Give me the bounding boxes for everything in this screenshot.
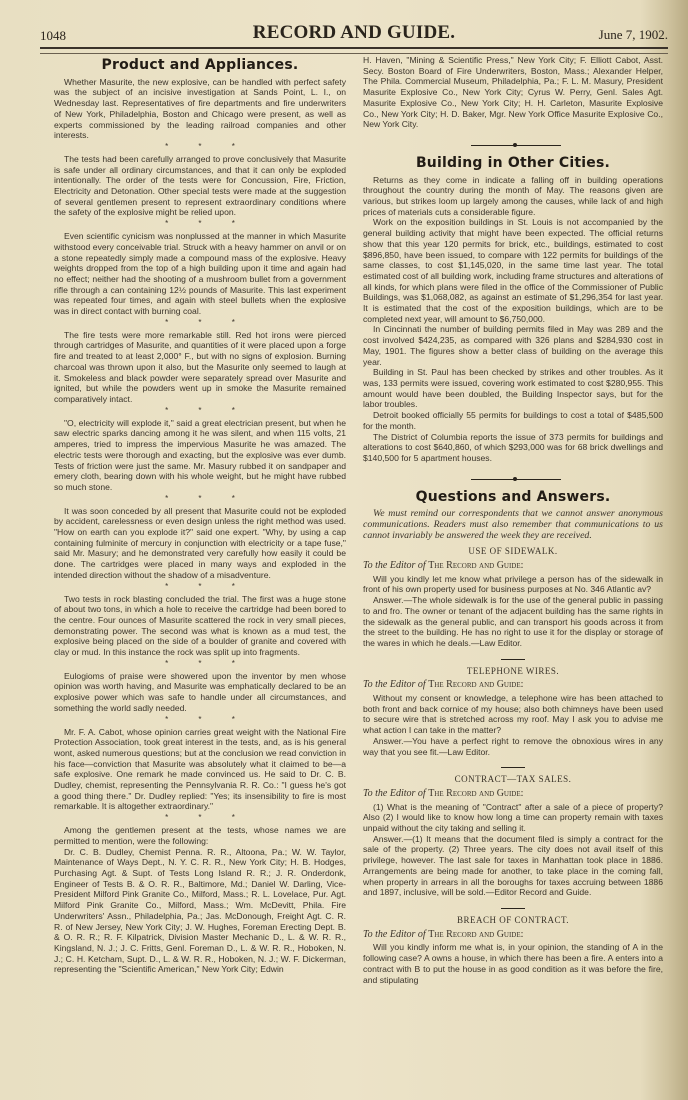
question-text: Will you kindly let me know what privile… xyxy=(363,574,663,595)
article-paragraph: The District of Columbia reports the iss… xyxy=(363,432,663,464)
article-divider xyxy=(363,472,663,486)
article-heading-product-appliances: Product and Appliances. xyxy=(54,60,346,71)
salutation: To the Editor of The Record and Guide: xyxy=(363,789,663,800)
article-paragraph: Two tests in rock blasting concluded the… xyxy=(54,594,346,658)
section-separator: * * * xyxy=(68,715,346,724)
right-column: H. Haven, "Mining & Scientific Press," N… xyxy=(363,55,663,985)
question-text: Will you kindly inform me what is, in yo… xyxy=(363,942,663,985)
salutation: To the Editor of The Record and Guide: xyxy=(363,680,663,691)
question-text: Without my consent or knowledge, a telep… xyxy=(363,693,663,736)
article-paragraph: The tests had been carefully arranged to… xyxy=(54,154,346,218)
section-separator: * * * xyxy=(68,813,346,822)
section-separator: * * * xyxy=(68,406,346,415)
article-paragraph: Work on the exposition buildings in St. … xyxy=(363,217,663,324)
article-paragraph: Building in St. Paul has been checked by… xyxy=(363,367,663,410)
article-paragraph: Detroit booked officially 55 permits for… xyxy=(363,410,663,431)
question-title: USE OF SIDEWALK. xyxy=(363,546,663,557)
salutation: To the Editor of The Record and Guide: xyxy=(363,930,663,941)
salutation-name: The Record and Guide: xyxy=(428,929,523,940)
editorial-notice: We must remind our correspondents that w… xyxy=(363,508,663,541)
salutation-prefix: To the Editor of xyxy=(363,679,428,690)
article-paragraph: Even scientific cynicism was nonplussed … xyxy=(54,231,346,317)
salutation-name: The Record and Guide: xyxy=(428,788,523,799)
header-rule xyxy=(40,47,668,54)
article-heading-building-other-cities: Building in Other Cities. xyxy=(363,158,663,169)
article-paragraph: Returns as they come in indicate a falli… xyxy=(363,175,663,218)
article-paragraph: Among the gentlemen present at the tests… xyxy=(54,825,346,846)
article-paragraph: In Cincinnati the number of building per… xyxy=(363,324,663,367)
article-paragraph: Mr. F. A. Cabot, whose opinion carries g… xyxy=(54,727,346,813)
section-separator: * * * xyxy=(68,659,346,668)
section-separator: * * * xyxy=(68,582,346,591)
question-text: (1) What is the meaning of "Contract" af… xyxy=(363,802,663,834)
attendee-list-continued: H. Haven, "Mining & Scientific Press," N… xyxy=(363,55,663,130)
article-paragraph: The fire tests were more remarkable stil… xyxy=(54,330,346,405)
question-title: BREACH OF CONTRACT. xyxy=(363,915,663,926)
left-column: Product and Appliances. Whether Masurite… xyxy=(54,58,346,975)
article-paragraph: Whether Masurite, the new explosive, can… xyxy=(54,77,346,141)
question-title: CONTRACT—TAX SALES. xyxy=(363,774,663,785)
article-paragraph: It was soon conceded by all present that… xyxy=(54,506,346,581)
short-rule xyxy=(501,659,525,660)
answer-text: Answer.—The whole sidewalk is for the us… xyxy=(363,595,663,649)
article-paragraph: "O, electricity will explode it," said a… xyxy=(54,418,346,493)
salutation-name: The Record and Guide: xyxy=(428,560,523,571)
salutation-prefix: To the Editor of xyxy=(363,788,428,799)
section-separator: * * * xyxy=(68,318,346,327)
salutation-name: The Record and Guide: xyxy=(428,679,523,690)
answer-text: Answer.—(1) It means that the document f… xyxy=(363,834,663,898)
issue-date: June 7, 1902. xyxy=(599,27,668,43)
article-divider xyxy=(363,138,663,152)
section-separator: * * * xyxy=(68,219,346,228)
article-heading-questions-answers: Questions and Answers. xyxy=(363,492,663,503)
answer-text: Answer.—You have a perfect right to remo… xyxy=(363,736,663,757)
page-header: 1048 RECORD AND GUIDE. June 7, 1902. xyxy=(40,22,668,44)
attendee-list: Dr. C. B. Dudley, Chemist Penna. R. R., … xyxy=(54,847,346,975)
salutation-prefix: To the Editor of xyxy=(363,929,428,940)
question-title: TELEPHONE WIRES. xyxy=(363,666,663,677)
newspaper-page: 1048 RECORD AND GUIDE. June 7, 1902. Pro… xyxy=(0,0,688,1100)
section-separator: * * * xyxy=(68,142,346,151)
short-rule xyxy=(501,767,525,768)
salutation: To the Editor of The Record and Guide: xyxy=(363,561,663,572)
publication-title: RECORD AND GUIDE. xyxy=(40,22,668,44)
salutation-prefix: To the Editor of xyxy=(363,560,428,571)
article-paragraph: Eulogioms of praise were showered upon t… xyxy=(54,671,346,714)
short-rule xyxy=(501,908,525,909)
section-separator: * * * xyxy=(68,494,346,503)
